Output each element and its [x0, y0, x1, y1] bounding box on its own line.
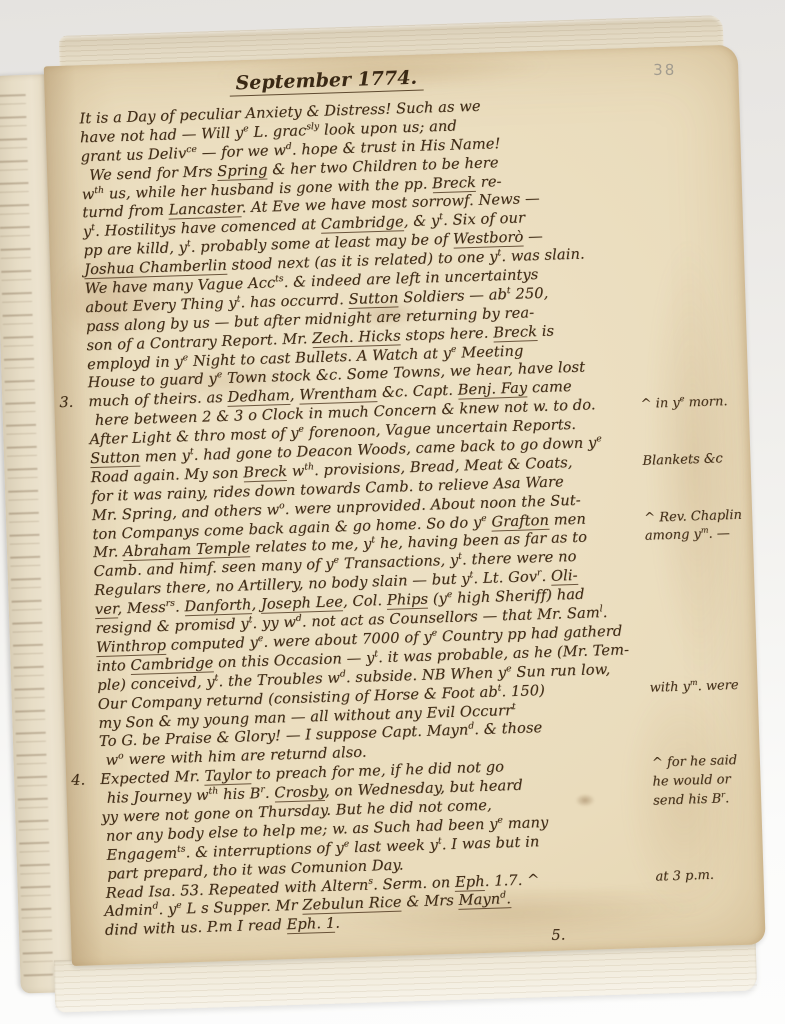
open-diary-book: 38 September 1774. It is a Day of peculi… — [0, 14, 779, 1013]
day-number: 4. — [71, 772, 86, 791]
day-number: 3. — [59, 394, 74, 413]
margin-note: ^ in ye morn. — [640, 393, 727, 415]
manuscript-page: 38 September 1774. It is a Day of peculi… — [44, 45, 766, 966]
pencil-page-number: 38 — [653, 61, 676, 79]
manuscript-text: It is a Day of peculiar Anxiety & Distre… — [79, 93, 649, 960]
margin-note: Blankets &c — [642, 450, 723, 471]
entry-title-text: September 1774. — [229, 67, 423, 97]
margin-note: with ym. were — [649, 677, 739, 699]
previous-page-scribbles — [0, 89, 53, 980]
margin-note: among ym. — — [645, 526, 731, 548]
handwritten-content: September 1774. It is a Day of peculiar … — [78, 60, 649, 960]
margin-note: he would or — [652, 771, 731, 792]
manuscript-line-text: 5. — [551, 927, 566, 944]
manuscript-photo: 38 September 1774. It is a Day of peculi… — [0, 0, 785, 1024]
margin-note: send his Br. — [653, 790, 730, 811]
margin-note: at 3 p.m. — [655, 866, 714, 887]
